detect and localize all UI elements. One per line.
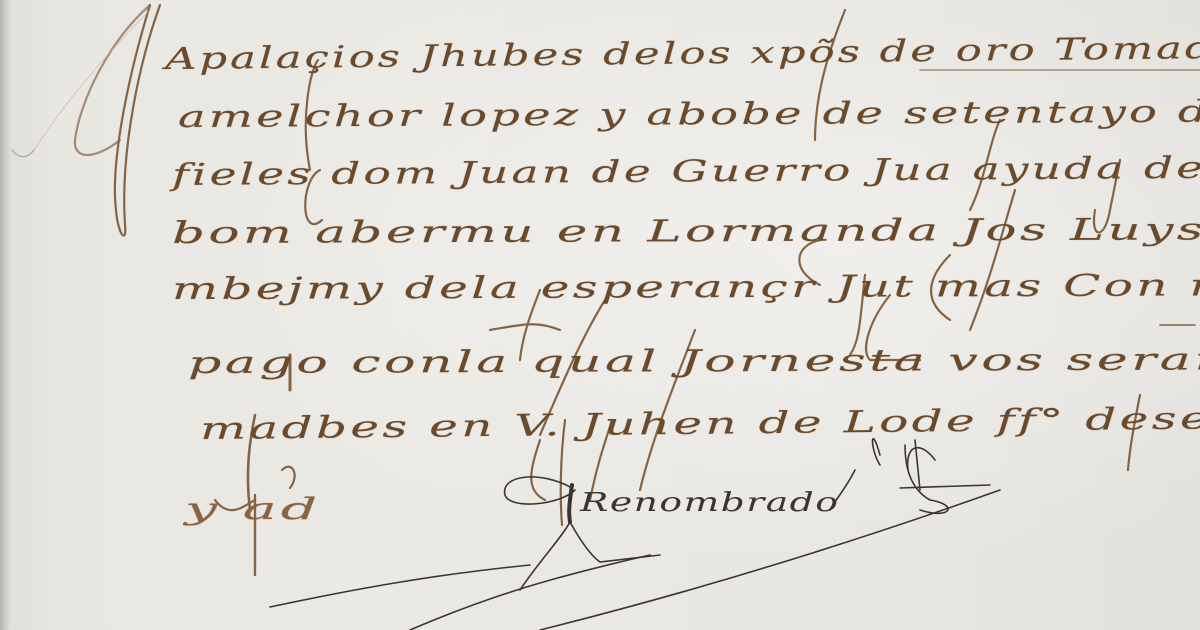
manuscript-line-5: mbejmy dela esperançr Jut mas Con ru de bbox=[172, 268, 1200, 307]
manuscript-page: Apalaçios Jhubes delos xpõs de oro Tomad… bbox=[0, 0, 1200, 630]
manuscript-line-2: amelchor lopez y abobe de setentayo de o… bbox=[178, 93, 1200, 135]
signature: Renombrado bbox=[580, 488, 839, 518]
manuscript-line-4: bom abermu en Lormanda Jos Luys ael dea bbox=[172, 212, 1200, 251]
manuscript-line-8: y ad bbox=[185, 492, 321, 527]
ink-strokes bbox=[0, 0, 1200, 630]
manuscript-line-6: pago conla qual Jornesta vos seran ti bbox=[188, 342, 1200, 381]
